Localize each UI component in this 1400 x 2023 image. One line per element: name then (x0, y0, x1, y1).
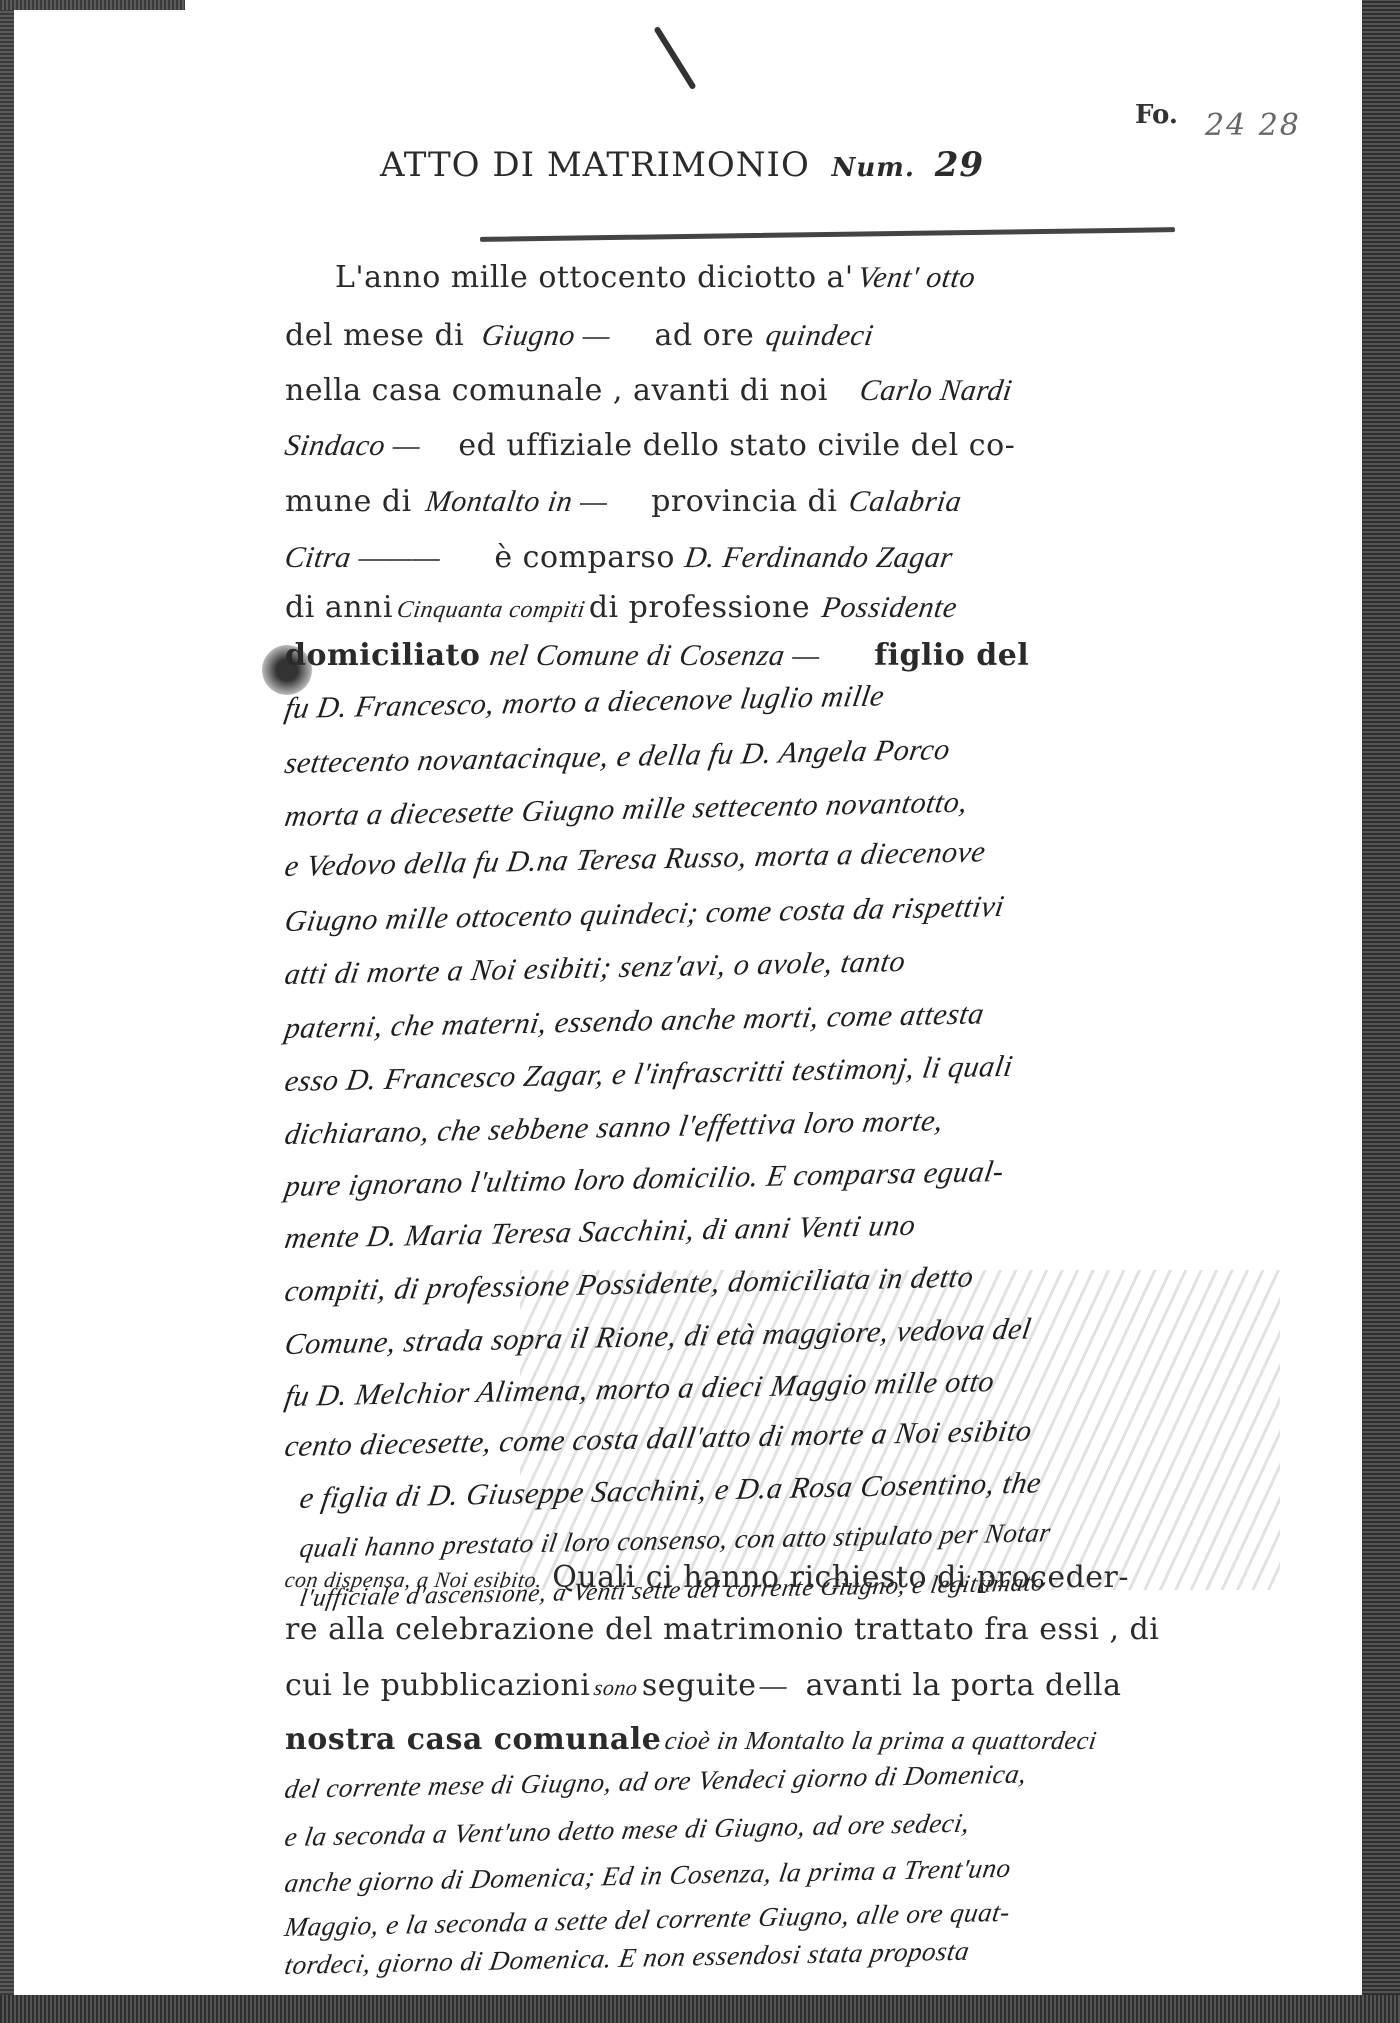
scan-border-top (0, 0, 185, 10)
text-line: cui le pubblicazioni sono seguite — avan… (285, 1668, 1245, 1724)
title-text: ATTO DI MATRIMONIO (380, 145, 810, 185)
pen-stroke-mark (653, 26, 696, 90)
folio-number: 24 28 (1205, 108, 1301, 143)
text-line: del mese di Giugno — ad ore quindeci (285, 318, 1245, 374)
record-number: 29 (935, 145, 984, 185)
folio-label: Fo. (1135, 100, 1178, 130)
text-line: con dispensa, a Noi esibito. Quali ci ha… (285, 1560, 1245, 1616)
text-line: mune di Montalto in — provincia di Calab… (285, 484, 1245, 540)
text-line: re alla celebrazione del matrimonio trat… (285, 1612, 1245, 1668)
document-title: ATTO DI MATRIMONIO Num. 29 (380, 145, 984, 185)
number-label: Num. (832, 153, 915, 183)
text-line: Sindaco — ed uffiziale dello stato civil… (285, 428, 1245, 484)
title-rule (480, 227, 1175, 242)
text-line: nella casa comunale , avanti di noi Carl… (285, 373, 1245, 429)
scan-border-right (1362, 0, 1400, 2023)
text-line: L'anno mille ottocento diciotto a' Vent'… (335, 260, 1295, 316)
scan-border-left (0, 0, 14, 1995)
text-line: Citra ——— è comparso D. Ferdinando Zagar (285, 540, 1245, 596)
document-page: Fo. 24 28 ATTO DI MATRIMONIO Num. 29 L'a… (0, 0, 1400, 2023)
text-line: tordeci, giorno di Domenica. E non essen… (285, 1950, 1245, 2006)
